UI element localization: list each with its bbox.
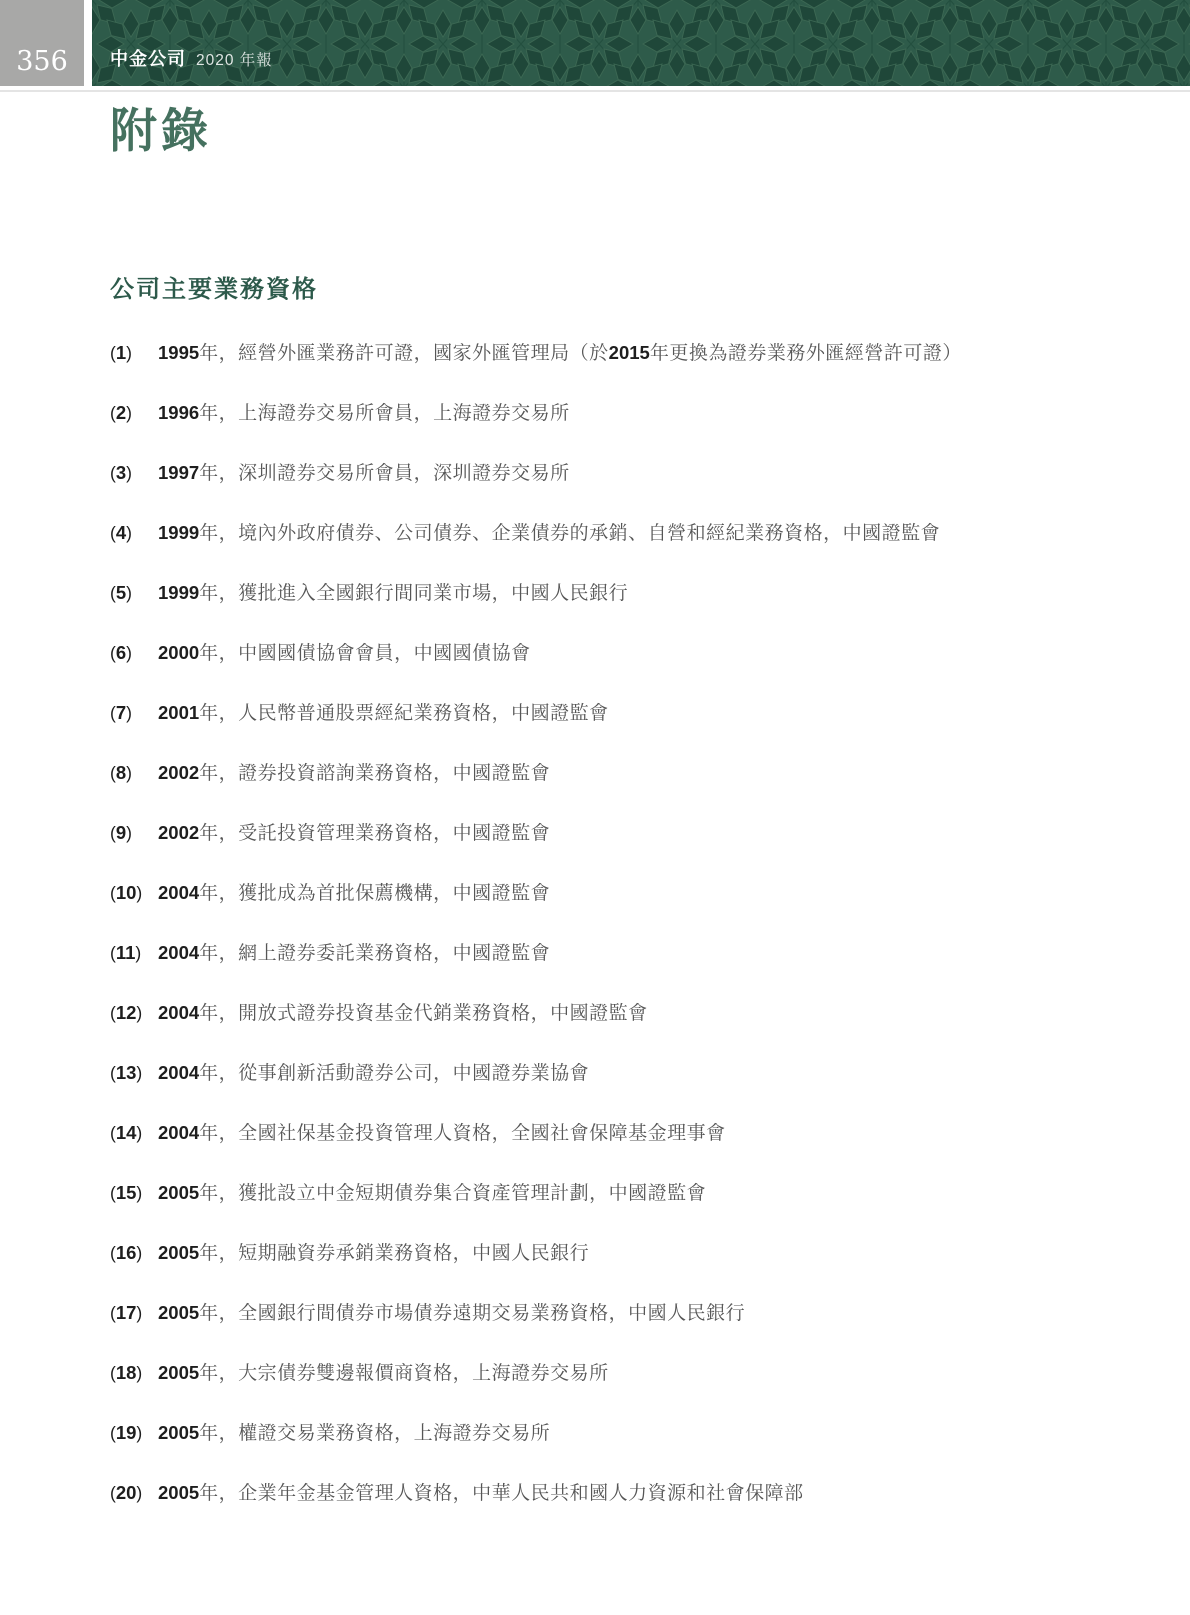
- report-edition: 2020 年報: [196, 52, 273, 69]
- list-item: (10)2004年，獲批成為首批保薦機構，中國證監會: [110, 881, 1120, 906]
- list-item-number: (19): [110, 1421, 158, 1445]
- list-item-number: (10): [110, 881, 158, 905]
- list-item-text: 2000年，中國國債協會會員，中國國債協會: [158, 641, 531, 666]
- list-item-number: (1): [110, 341, 158, 365]
- list-item: (14)2004年，全國社保基金投資管理人資格，全國社會保障基金理事會: [110, 1121, 1120, 1146]
- list-item: (7)2001年，人民幣普通股票經紀業務資格，中國證監會: [110, 701, 1120, 726]
- list-item-text: 2005年，短期融資券承銷業務資格，中國人民銀行: [158, 1241, 589, 1266]
- company-name: 中金公司: [110, 49, 186, 69]
- list-item-text: 2004年，網上證券委託業務資格，中國證監會: [158, 941, 550, 966]
- list-item: (13)2004年，從事創新活動證券公司，中國證券業協會: [110, 1061, 1120, 1086]
- list-item-number: (13): [110, 1061, 158, 1085]
- list-item-number: (17): [110, 1301, 158, 1325]
- list-item: (6)2000年，中國國債協會會員，中國國債協會: [110, 641, 1120, 666]
- list-item: (17)2005年，全國銀行間債券市場債券遠期交易業務資格，中國人民銀行: [110, 1301, 1120, 1326]
- list-item-text: 2005年，獲批設立中金短期債券集合資產管理計劃，中國證監會: [158, 1181, 706, 1206]
- list-item: (18)2005年，大宗債券雙邊報價商資格，上海證券交易所: [110, 1361, 1120, 1386]
- list-item-text: 2004年，從事創新活動證券公司，中國證券業協會: [158, 1061, 589, 1086]
- list-item-text: 2004年，全國社保基金投資管理人資格，全國社會保障基金理事會: [158, 1121, 726, 1146]
- list-item-text: 2005年，企業年金基金管理人資格，中華人民共和國人力資源和社會保障部: [158, 1481, 804, 1506]
- list-item-number: (11): [110, 941, 158, 965]
- asanoha-pattern-icon: [92, 0, 1190, 86]
- list-item: (9)2002年，受託投資管理業務資格，中國證監會: [110, 821, 1120, 846]
- list-item-text: 2002年，證券投資諮詢業務資格，中國證監會: [158, 761, 550, 786]
- section-heading: 公司主要業務資格: [110, 276, 1120, 305]
- report-page: 356: [0, 0, 1190, 1615]
- list-item-number: (4): [110, 521, 158, 545]
- list-item-number: (12): [110, 1001, 158, 1025]
- band-title: 中金公司2020 年報: [110, 50, 273, 69]
- list-item-text: 2004年，獲批成為首批保薦機構，中國證監會: [158, 881, 550, 906]
- list-item-text: 1997年，深圳證券交易所會員，深圳證券交易所: [158, 461, 570, 486]
- list-item-text: 2005年，大宗債券雙邊報價商資格，上海證券交易所: [158, 1361, 609, 1386]
- page-number: 356: [16, 48, 68, 75]
- list-item-number: (7): [110, 701, 158, 725]
- list-item: (11)2004年，網上證券委託業務資格，中國證監會: [110, 941, 1120, 966]
- qualification-list: (1)1995年，經營外匯業務許可證，國家外匯管理局（於2015年更換為證券業務…: [110, 341, 1120, 1506]
- page-header: 356: [0, 0, 1190, 86]
- list-item-text: 2001年，人民幣普通股票經紀業務資格，中國證監會: [158, 701, 609, 726]
- list-item-text: 1996年，上海證券交易所會員，上海證券交易所: [158, 401, 570, 426]
- list-item: (19)2005年，權證交易業務資格，上海證券交易所: [110, 1421, 1120, 1446]
- list-item: (4)1999年，境內外政府債券、公司債券、企業債券的承銷、自營和經紀業務資格，…: [110, 521, 1120, 546]
- list-item-number: (6): [110, 641, 158, 665]
- list-item-text: 2004年，開放式證券投資基金代銷業務資格，中國證監會: [158, 1001, 648, 1026]
- list-item: (20)2005年，企業年金基金管理人資格，中華人民共和國人力資源和社會保障部: [110, 1481, 1120, 1506]
- page-title: 附錄: [110, 106, 1120, 158]
- list-item-number: (16): [110, 1241, 158, 1265]
- list-item-number: (20): [110, 1481, 158, 1505]
- list-item: (8)2002年，證券投資諮詢業務資格，中國證監會: [110, 761, 1120, 786]
- header-band: 中金公司2020 年報: [92, 0, 1190, 86]
- list-item-text: 2002年，受託投資管理業務資格，中國證監會: [158, 821, 550, 846]
- list-item-number: (3): [110, 461, 158, 485]
- list-item-number: (15): [110, 1181, 158, 1205]
- page-number-box: 356: [0, 0, 84, 86]
- list-item-text: 1995年，經營外匯業務許可證，國家外匯管理局（於2015年更換為證券業務外匯經…: [158, 341, 962, 366]
- list-item-text: 1999年，境內外政府債券、公司債券、企業債券的承銷、自營和經紀業務資格，中國證…: [158, 521, 940, 546]
- list-item-number: (2): [110, 401, 158, 425]
- list-item: (2)1996年，上海證券交易所會員，上海證券交易所: [110, 401, 1120, 426]
- list-item-number: (5): [110, 581, 158, 605]
- list-item: (5)1999年，獲批進入全國銀行間同業市場，中國人民銀行: [110, 581, 1120, 606]
- list-item: (15)2005年，獲批設立中金短期債券集合資產管理計劃，中國證監會: [110, 1181, 1120, 1206]
- list-item-number: (8): [110, 761, 158, 785]
- list-item-number: (9): [110, 821, 158, 845]
- list-item-number: (18): [110, 1361, 158, 1385]
- list-item-text: 2005年，全國銀行間債券市場債券遠期交易業務資格，中國人民銀行: [158, 1301, 745, 1326]
- list-item: (12)2004年，開放式證券投資基金代銷業務資格，中國證監會: [110, 1001, 1120, 1026]
- list-item-number: (14): [110, 1121, 158, 1145]
- page-content: 附錄 公司主要業務資格 (1)1995年，經營外匯業務許可證，國家外匯管理局（於…: [0, 92, 1190, 1541]
- list-item: (16)2005年，短期融資券承銷業務資格，中國人民銀行: [110, 1241, 1120, 1266]
- list-item: (3)1997年，深圳證券交易所會員，深圳證券交易所: [110, 461, 1120, 486]
- list-item: (1)1995年，經營外匯業務許可證，國家外匯管理局（於2015年更換為證券業務…: [110, 341, 1120, 366]
- list-item-text: 2005年，權證交易業務資格，上海證券交易所: [158, 1421, 550, 1446]
- list-item-text: 1999年，獲批進入全國銀行間同業市場，中國人民銀行: [158, 581, 628, 606]
